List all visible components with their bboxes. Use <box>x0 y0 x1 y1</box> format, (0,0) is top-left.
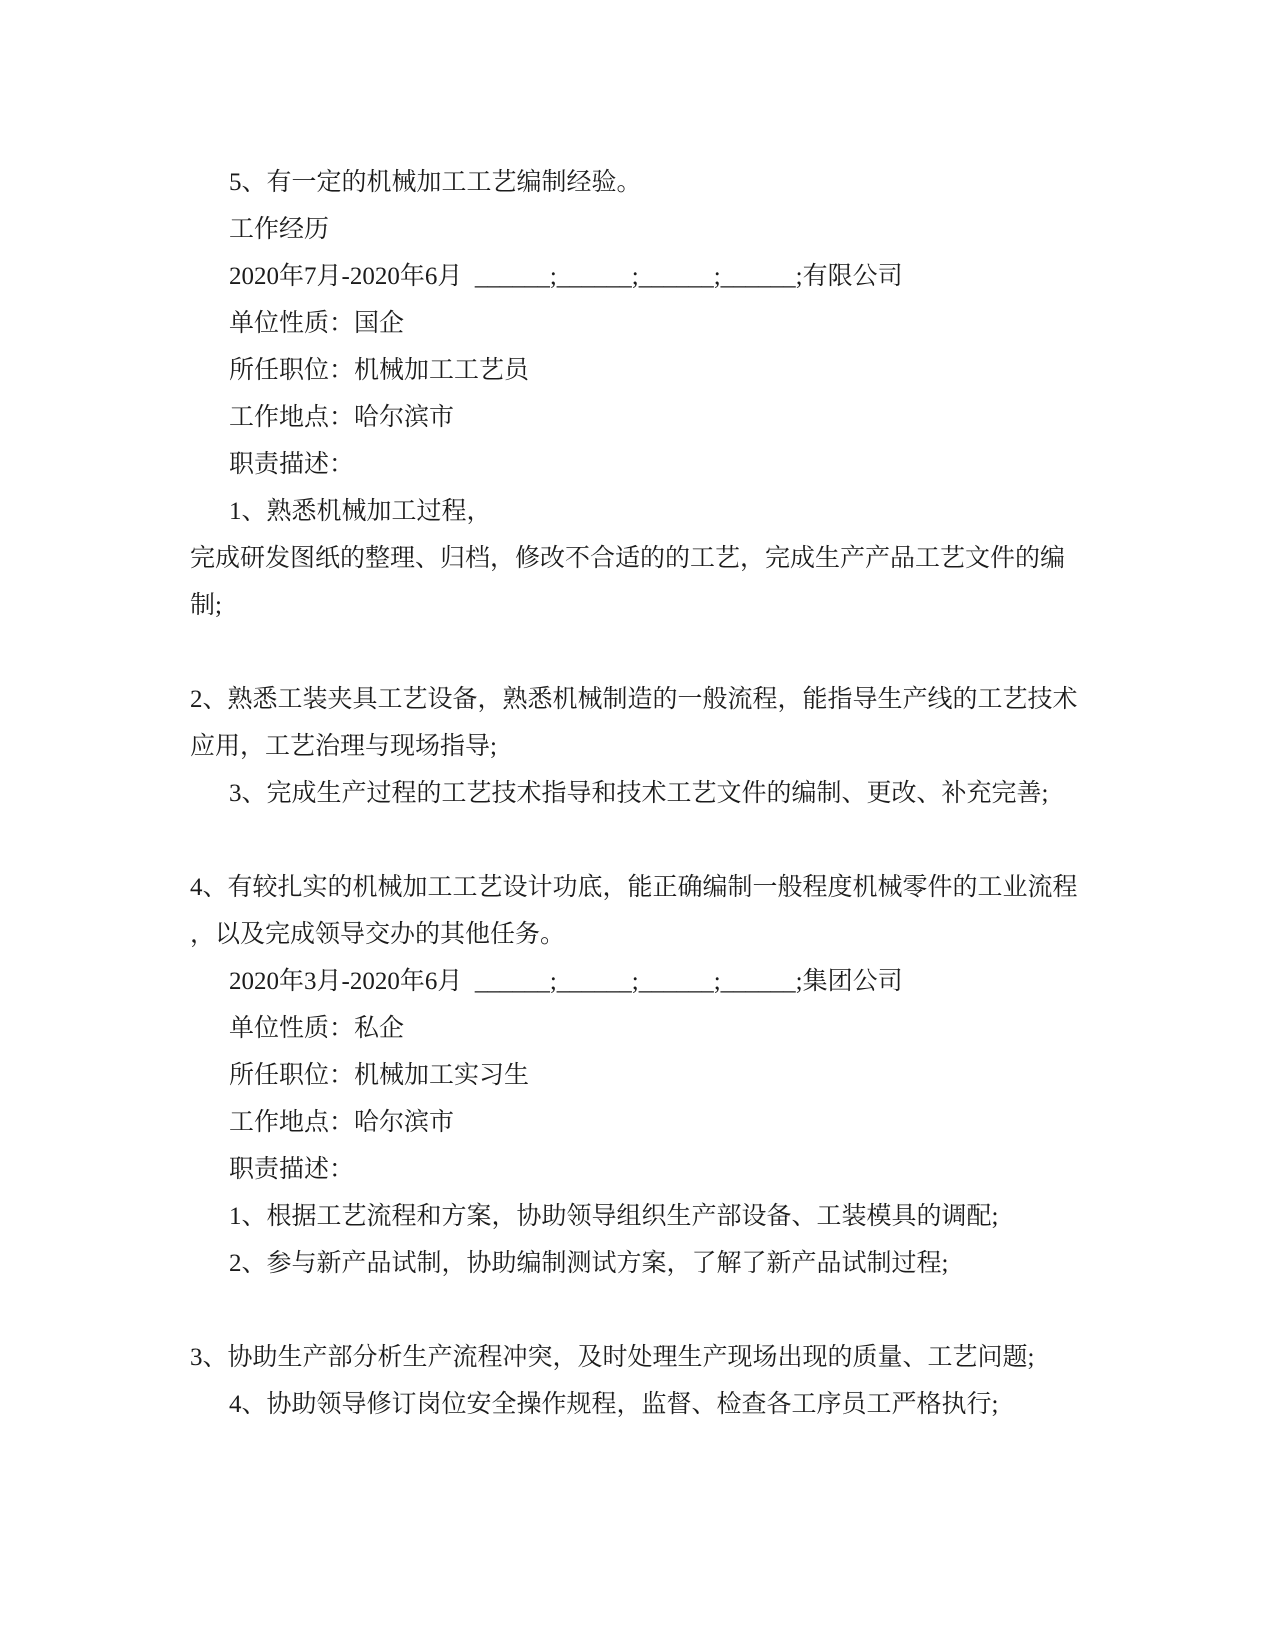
text-line: 完成研发图纸的整理、归档，修改不合适的的工艺，完成生产产品工艺文件的编 <box>190 535 1087 582</box>
text-line: 工作地点：哈尔滨市 <box>190 394 1087 441</box>
text-line: 单位性质：私企 <box>190 1005 1087 1052</box>
text-line: 1、熟悉机械加工过程， <box>190 488 1087 535</box>
text-line: 2020年7月-2020年6月 ______;______;______;___… <box>190 253 1087 300</box>
text-line: 应用，工艺治理与现场指导; <box>190 723 1087 770</box>
text-line: 4、有较扎实的机械加工工艺设计功底，能正确编制一般程度机械零件的工业流程 <box>190 864 1087 911</box>
text-line: 工作经历 <box>190 206 1087 253</box>
text-line: 所任职位：机械加工实习生 <box>190 1052 1087 1099</box>
text-line: 工作地点：哈尔滨市 <box>190 1099 1087 1146</box>
document-page: 5、有一定的机械加工工艺编制经验。工作经历2020年7月-2020年6月 ___… <box>0 0 1275 1650</box>
blank-line <box>190 1287 1087 1334</box>
text-line: 2020年3月-2020年6月 ______;______;______;___… <box>190 958 1087 1005</box>
text-line: 2、参与新产品试制，协助编制测试方案，了解了新产品试制过程; <box>190 1240 1087 1287</box>
blank-line <box>190 629 1087 676</box>
text-line: 5、有一定的机械加工工艺编制经验。 <box>190 159 1087 206</box>
text-line: 3、协助生产部分析生产流程冲突，及时处理生产现场出现的质量、工艺问题; <box>190 1334 1087 1381</box>
text-line: 所任职位：机械加工工艺员 <box>190 347 1087 394</box>
text-line: 职责描述： <box>190 1146 1087 1193</box>
text-line: 1、根据工艺流程和方案，协助领导组织生产部设备、工装模具的调配; <box>190 1193 1087 1240</box>
text-line: ，以及完成领导交办的其他任务。 <box>190 911 1087 958</box>
blank-line <box>190 817 1087 864</box>
text-line: 单位性质：国企 <box>190 300 1087 347</box>
text-line: 3、完成生产过程的工艺技术指导和技术工艺文件的编制、更改、补充完善; <box>190 770 1087 817</box>
text-line: 4、协助领导修订岗位安全操作规程，监督、检查各工序员工严格执行; <box>190 1381 1087 1428</box>
text-line: 2、熟悉工装夹具工艺设备，熟悉机械制造的一般流程，能指导生产线的工艺技术 <box>190 676 1087 723</box>
text-line: 制; <box>190 582 1087 629</box>
document-content: 5、有一定的机械加工工艺编制经验。工作经历2020年7月-2020年6月 ___… <box>190 159 1087 1428</box>
text-line: 职责描述： <box>190 441 1087 488</box>
